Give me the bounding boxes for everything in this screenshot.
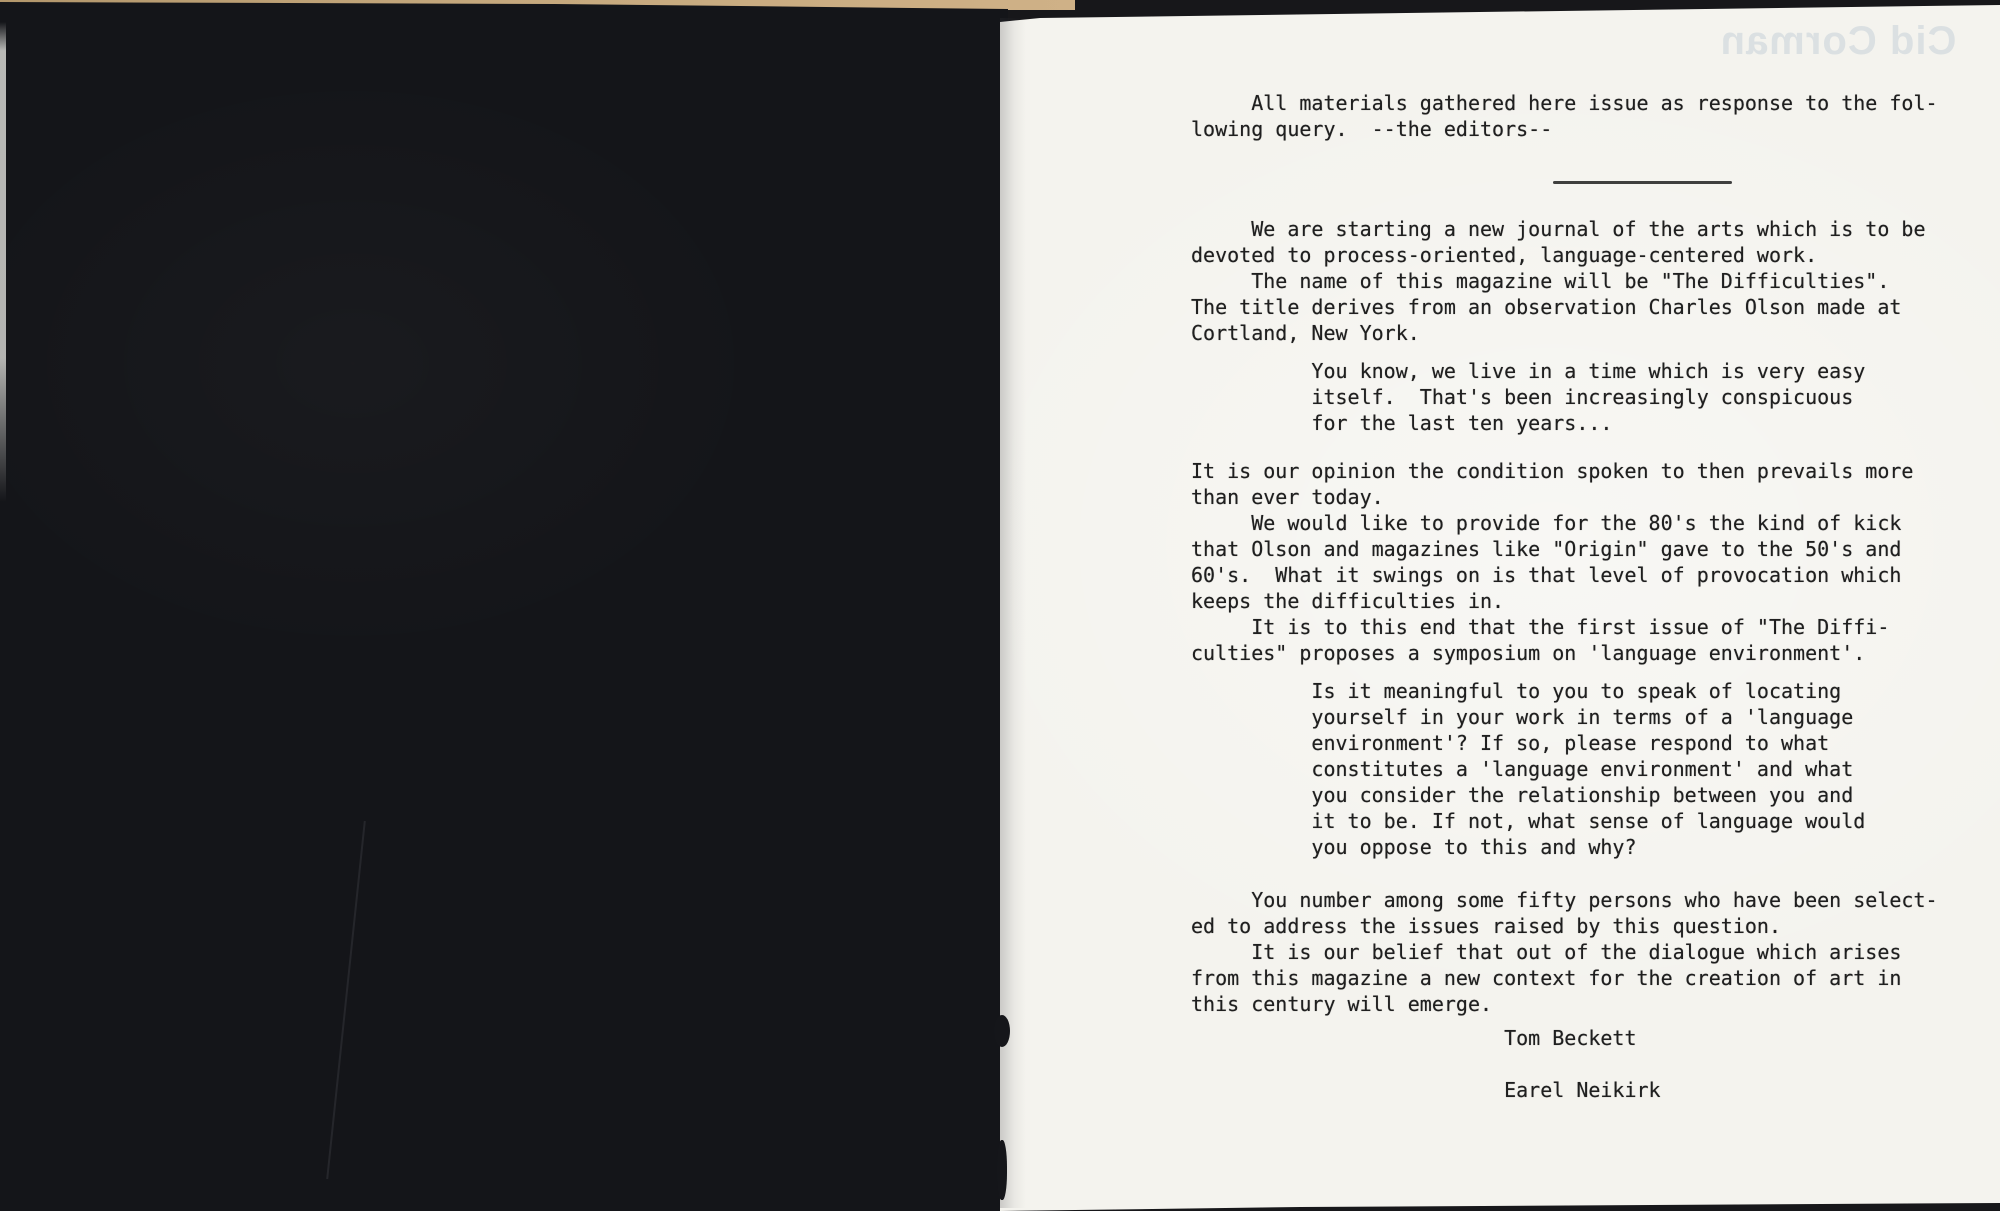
text-line: you consider the relationship between yo… <box>1191 782 1865 808</box>
left-page-black <box>0 0 1008 1211</box>
bleed-through-ghost-text: Cid Corman <box>1710 20 1966 62</box>
text-line: 60's. What it swings on is that level of… <box>1191 562 1913 588</box>
text-line: Is it meaningful to you to speak of loca… <box>1191 678 1865 704</box>
text-line: culties" proposes a symposium on 'langua… <box>1191 640 1913 666</box>
text-line: ed to address the issues raised by this … <box>1191 913 1938 939</box>
text-line: It is our belief that out of the dialogu… <box>1191 939 1938 965</box>
quote-block: You know, we live in a time which is ver… <box>1191 358 1865 436</box>
text-line: itself. That's been increasingly conspic… <box>1191 384 1865 410</box>
quote-block: Is it meaningful to you to speak of loca… <box>1191 678 1865 860</box>
text-line: We would like to provide for the 80's th… <box>1191 510 1913 536</box>
signature-block: Tom Beckett <box>1191 1025 1637 1051</box>
text-line: keeps the difficulties in. <box>1191 588 1913 614</box>
text-line: All materials gathered here issue as res… <box>1191 90 1938 116</box>
text-line: environment'? If so, please respond to w… <box>1191 730 1865 756</box>
text-line: than ever today. <box>1191 484 1913 510</box>
typewritten-text: Cid Corman All materials gathered here i… <box>1000 0 2000 1211</box>
divider-rule <box>1553 181 1732 184</box>
scan-edge-left <box>0 22 6 502</box>
text-line: lowing query. --the editors-- <box>1191 116 1938 142</box>
text-line: Tom Beckett <box>1191 1025 1637 1051</box>
text-line: Cortland, New York. <box>1191 320 1926 346</box>
text-line: You number among some fifty persons who … <box>1191 887 1938 913</box>
paragraph-block: It is our opinion the condition spoken t… <box>1191 458 1913 666</box>
text-line: you oppose to this and why? <box>1191 834 1865 860</box>
text-line: You know, we live in a time which is ver… <box>1191 358 1865 384</box>
text-line: it to be. If not, what sense of language… <box>1191 808 1865 834</box>
text-line: Earel Neikirk <box>1191 1077 1661 1103</box>
text-line: from this magazine a new context for the… <box>1191 965 1938 991</box>
paragraph-block: All materials gathered here issue as res… <box>1191 90 1938 142</box>
text-line: It is to this end that the first issue o… <box>1191 614 1913 640</box>
text-line: this century will emerge. <box>1191 991 1938 1017</box>
paragraph-block: We are starting a new journal of the art… <box>1191 216 1926 346</box>
text-line: The name of this magazine will be "The D… <box>1191 268 1926 294</box>
signature-block: Earel Neikirk <box>1191 1077 1661 1103</box>
text-line: The title derives from an observation Ch… <box>1191 294 1926 320</box>
text-line: We are starting a new journal of the art… <box>1191 216 1926 242</box>
paragraph-block: You number among some fifty persons who … <box>1191 887 1938 1017</box>
text-line: for the last ten years... <box>1191 410 1865 436</box>
scanned-book-spread: Cid Corman All materials gathered here i… <box>0 0 2000 1211</box>
text-line: that Olson and magazines like "Origin" g… <box>1191 536 1913 562</box>
text-line: yourself in your work in terms of a 'lan… <box>1191 704 1865 730</box>
text-line: constitutes a 'language environment' and… <box>1191 756 1865 782</box>
text-line: It is our opinion the condition spoken t… <box>1191 458 1913 484</box>
text-line: devoted to process-oriented, language-ce… <box>1191 242 1926 268</box>
